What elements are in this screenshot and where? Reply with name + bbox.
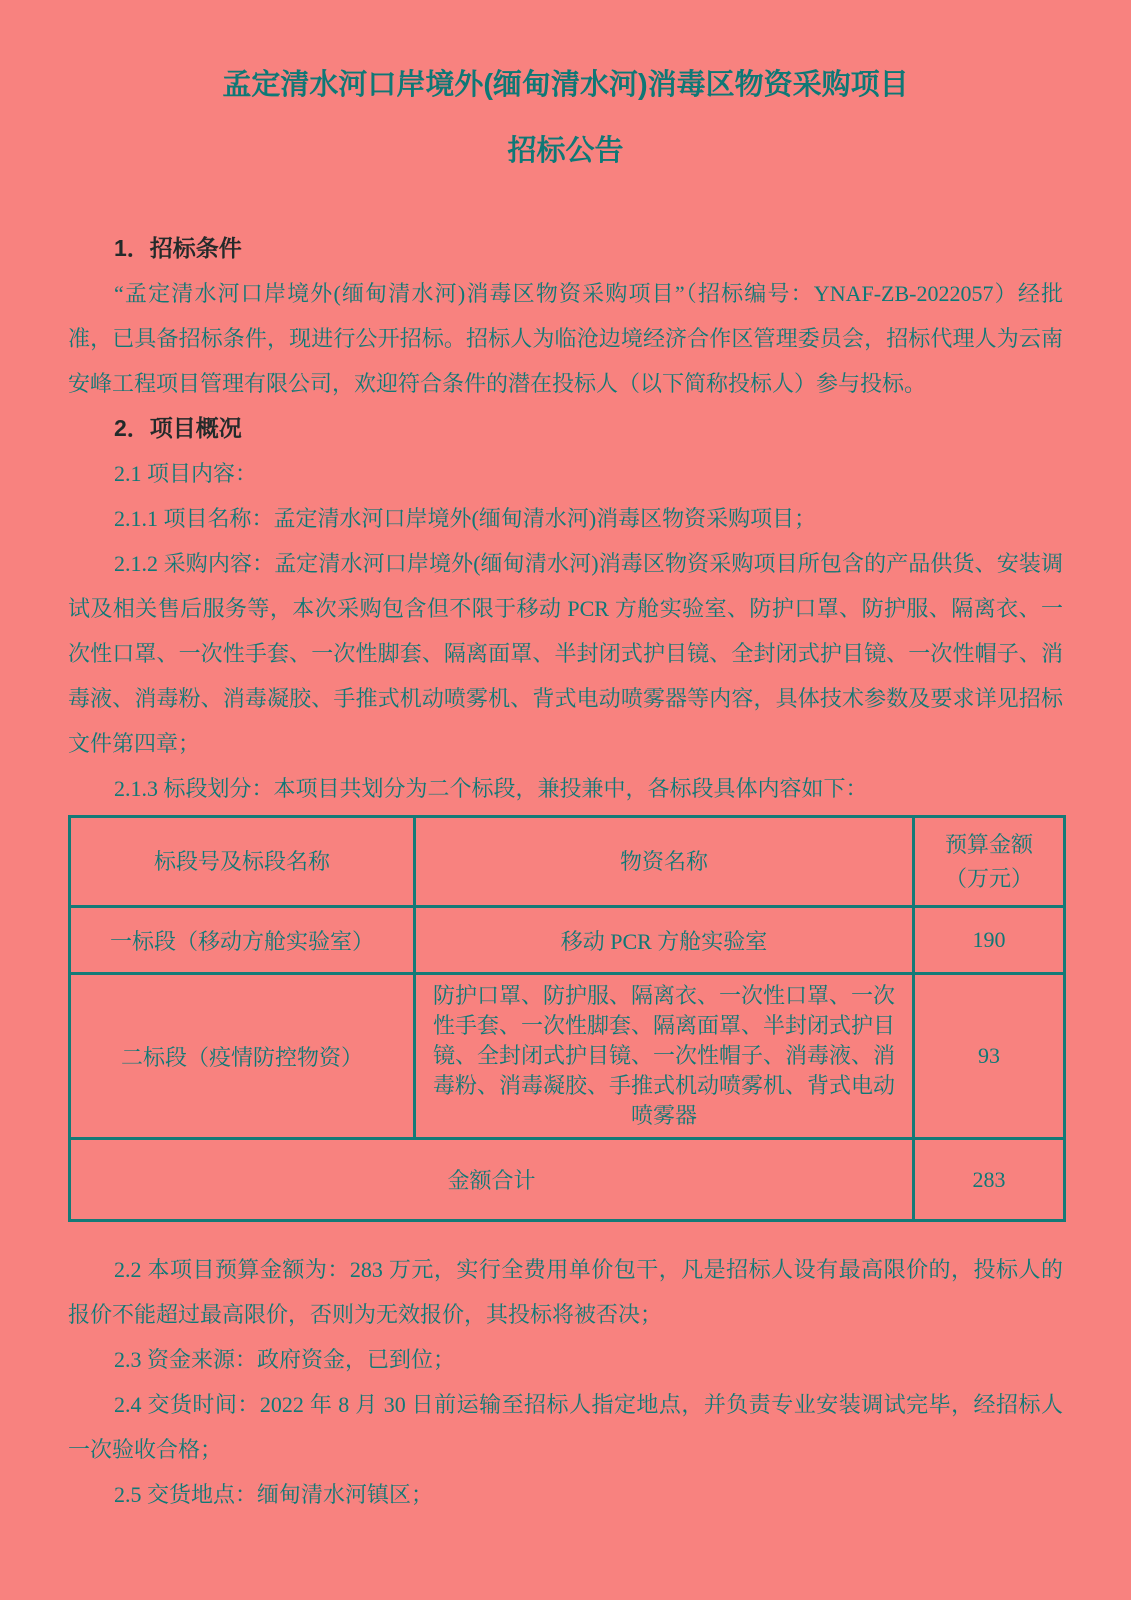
cell-total-label: 金额合计 xyxy=(70,1139,914,1221)
table-total-row: 金额合计 283 xyxy=(70,1139,1065,1221)
table-header-row: 标段号及标段名称 物资名称 预算金额 （万元） xyxy=(70,817,1065,907)
document-title: 孟定清水河口岸境外(缅甸清水河)消毒区物资采购项目 xyxy=(68,64,1063,106)
cell-total-value: 283 xyxy=(914,1139,1065,1221)
paragraph-2-1-3: 2.1.3 标段划分：本项目共划分为二个标段，兼投兼中，各标段具体内容如下： xyxy=(68,766,1063,811)
paragraph-2-3: 2.3 资金来源：政府资金，已到位； xyxy=(68,1337,1063,1382)
section-1-paragraph: “孟定清水河口岸境外(缅甸清水河)消毒区物资采购项目”（招标编号：YNAF-ZB… xyxy=(68,271,1063,406)
header-cell-section-name: 标段号及标段名称 xyxy=(70,817,415,907)
section-1-heading: 1．招标条件 xyxy=(68,226,1063,271)
tender-announcement-page: 孟定清水河口岸境外(缅甸清水河)消毒区物资采购项目 招标公告 1．招标条件 “孟… xyxy=(0,0,1131,1600)
cell-lot1-budget: 190 xyxy=(914,907,1065,974)
cell-lot2-budget: 93 xyxy=(914,974,1065,1139)
table-row-lot-1: 一标段（移动方舱实验室） 移动 PCR 方舱实验室 190 xyxy=(70,907,1065,974)
cell-lot1-goods: 移动 PCR 方舱实验室 xyxy=(415,907,914,974)
cell-lot2-goods: 防护口罩、防护服、隔离衣、一次性口罩、一次性手套、一次性脚套、隔离面罩、半封闭式… xyxy=(415,974,914,1139)
cell-lot1-section-name: 一标段（移动方舱实验室） xyxy=(70,907,415,974)
paragraph-2-1-2: 2.1.2 采购内容：孟定清水河口岸境外(缅甸清水河)消毒区物资采购项目所包含的… xyxy=(68,541,1063,766)
document-subtitle: 招标公告 xyxy=(68,130,1063,172)
header-cell-budget: 预算金额 （万元） xyxy=(914,817,1065,907)
table-row-lot-2: 二标段（疫情防控物资） 防护口罩、防护服、隔离衣、一次性口罩、一次性手套、一次性… xyxy=(70,974,1065,1139)
header-cell-goods-name: 物资名称 xyxy=(415,817,914,907)
paragraph-2-1-1: 2.1.1 项目名称：孟定清水河口岸境外(缅甸清水河)消毒区物资采购项目； xyxy=(68,496,1063,541)
bid-sections-table: 标段号及标段名称 物资名称 预算金额 （万元） 一标段（移动方舱实验室） 移动 … xyxy=(68,815,1066,1222)
cell-lot2-section-name: 二标段（疫情防控物资） xyxy=(70,974,415,1139)
paragraph-2-2: 2.2 本项目预算金额为：283 万元，实行全费用单价包干，凡是招标人设有最高限… xyxy=(68,1247,1063,1337)
section-2-heading: 2．项目概况 xyxy=(68,406,1063,451)
paragraph-2-4: 2.4 交货时间：2022 年 8 月 30 日前运输至招标人指定地点，并负责专… xyxy=(68,1382,1063,1472)
paragraph-2-1: 2.1 项目内容： xyxy=(68,451,1063,496)
paragraph-2-5: 2.5 交货地点：缅甸清水河镇区； xyxy=(68,1472,1063,1517)
